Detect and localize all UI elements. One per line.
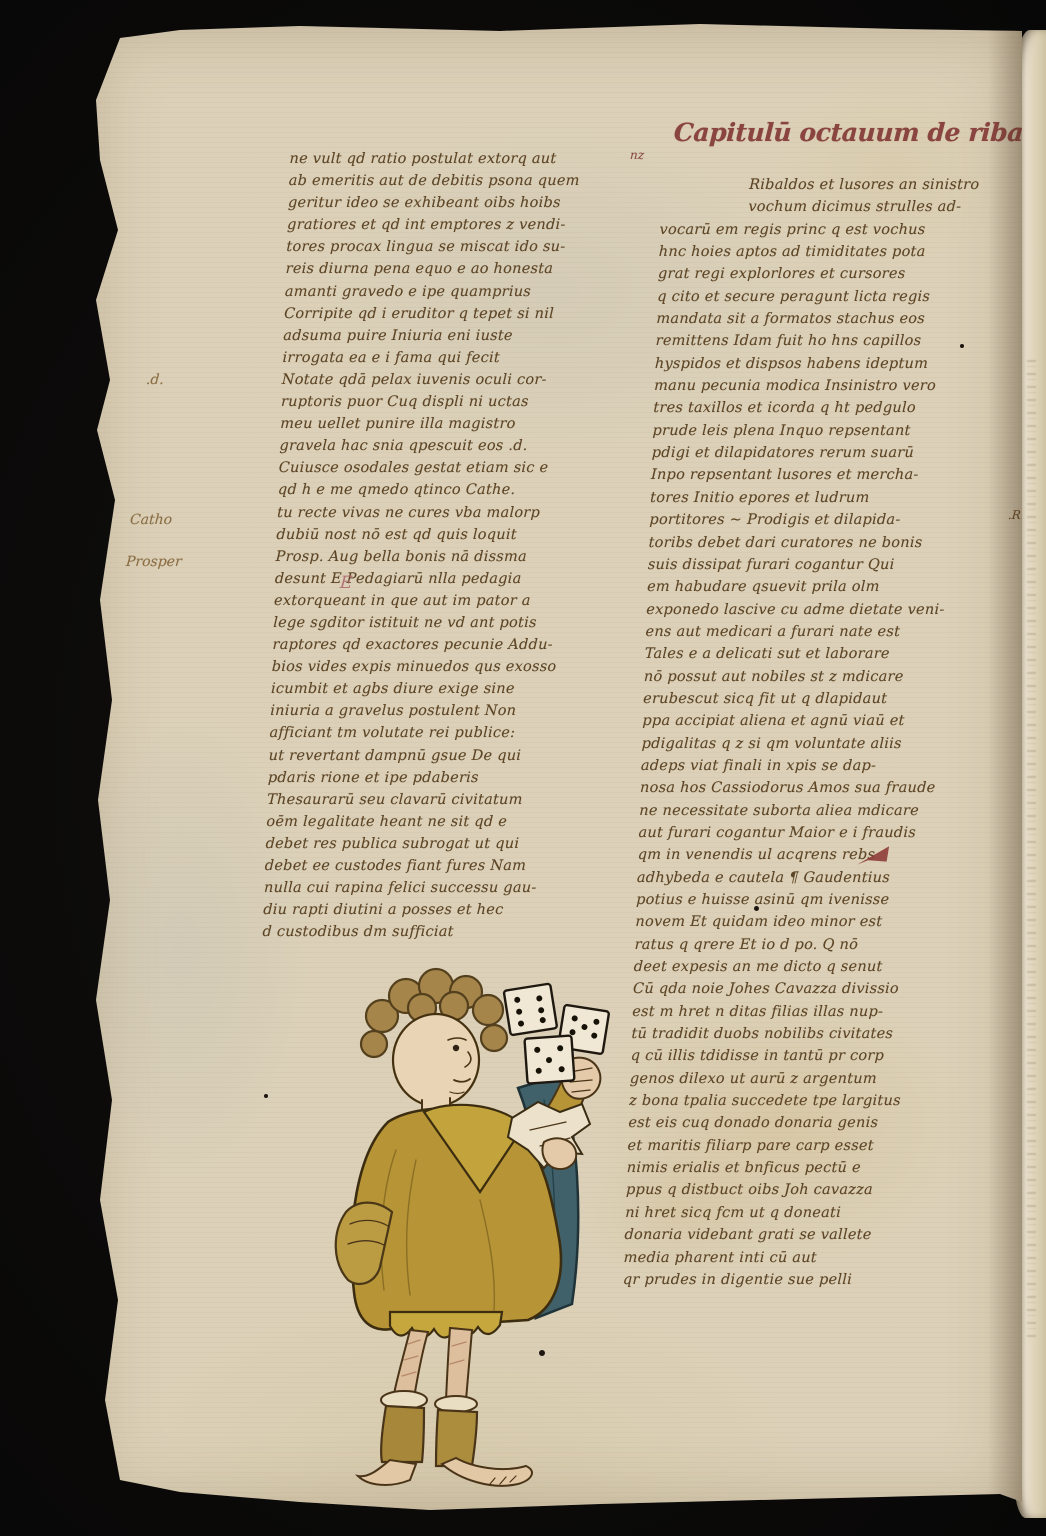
manuscript-text-line: desunt E Pedagiarū nlla pedagia <box>274 568 653 590</box>
manuscript-text-line: qr prudes in digentie sue pelli <box>622 1269 1013 1291</box>
bleed-through-text-ghost <box>1027 360 1036 1340</box>
manuscript-text-line: gravela hac snia qpescuit eos .d. <box>279 435 658 457</box>
manuscript-text-line: et maritis filiarp pare carp esset <box>627 1135 1018 1157</box>
manuscript-text-line: media pharent inti cū aut <box>623 1247 1014 1269</box>
manuscript-text-line: extorqueant in que aut im pator a <box>274 590 653 612</box>
manuscript-text-line: tores procax lingua se miscat ido su- <box>286 236 665 258</box>
manuscript-text-line: nulla cui rapina felici successu gau- <box>264 877 643 899</box>
manuscript-text-line: q cū illis tdidisse in tantū pr corp <box>630 1045 1021 1067</box>
manuscript-text-line: bios vides expis minuedos qus exosso <box>271 656 650 678</box>
manuscript-text-line: adhybeda e cautela ¶ Gaudentius <box>637 867 1028 889</box>
manuscript-text-line: ppus q distbuct oibs Joh cavazza <box>626 1179 1017 1201</box>
ink-speck <box>960 344 964 348</box>
manuscript-text-line: erubescut sicq fit ut q dlapidaut <box>643 688 1034 710</box>
manuscript-text-line: aut furari cogantur Maior e i fraudis <box>638 822 1029 844</box>
manuscript-text-line: nimis erialis et bnficus pectū e <box>626 1157 1017 1179</box>
manuscript-text-line: toribs debet dari curatores ne bonis <box>648 532 1039 554</box>
manuscript-text-line: diu rapti diutini a posses et hec <box>263 899 642 921</box>
manuscript-text-line: pdigi et dilapidatores rerum suarū <box>651 442 1042 464</box>
left-boot <box>381 1406 424 1462</box>
manuscript-text-line: gratiores et qd int emptores z vendi- <box>287 214 666 236</box>
manuscript-text-line: tū tradidit duobs nobilibs civitates <box>631 1023 1022 1045</box>
manuscript-text-line: grat regi explorlores et cursores <box>658 263 1046 285</box>
manuscript-text-line: ne vult qd ratio postulat extorq aut <box>289 148 668 170</box>
manuscript-text-line: hnc hoies aptos ad timiditates pota <box>658 241 1046 263</box>
manuscript-text-line: ut revertant dampnū gsue De qui <box>268 745 647 767</box>
manuscript-text-line: Tales e a delicati sut et laborare <box>644 643 1035 665</box>
manuscript-text-line: potius e huisse asinū qm ivenisse <box>636 889 1027 911</box>
manuscript-text-line: q cito et secure peragunt licta regis <box>657 286 1046 308</box>
manuscript-text-line: ens aut medicari a furari nate est <box>645 621 1036 643</box>
manuscript-text-line: ni hret sicq fcm ut q doneati <box>625 1202 1016 1224</box>
manuscript-page: Capitulū octauum de ribaldis nz ne vult … <box>86 22 1022 1512</box>
manuscript-text-line: exponedo lascive cu adme dietate veni- <box>646 599 1037 621</box>
lower-hand <box>542 1138 576 1169</box>
wormhole-speck <box>264 1094 268 1098</box>
face <box>393 1014 479 1106</box>
manuscript-text-line: reis diurna pena equo e ao honesta <box>285 258 664 280</box>
manuscript-text-line: vocarū em regis princ q est vochus <box>659 219 1046 241</box>
chapter-heading: Capitulū octauum de ribaldis <box>673 118 1027 147</box>
manuscript-text-line: em habudare qsuevit prila olm <box>647 576 1038 598</box>
manuscript-text-line: donaria videbant grati se vallete <box>624 1224 1015 1246</box>
manuscript-text-line: ne necessitate suborta aliea mdicare <box>639 800 1030 822</box>
manuscript-text-line: ab emeritis aut de debitis psona quem <box>288 170 667 192</box>
manuscript-text-line: est m hret n ditas filias illas nup- <box>632 1001 1023 1023</box>
manuscript-text-line: novem Et quidam ideo minor est <box>635 911 1026 933</box>
red-paragraph-mark: E <box>339 573 353 593</box>
manuscript-text-line: Ribaldos et lusores an sinistro <box>661 174 1046 196</box>
manuscript-text-line: pdaris rione et ipe pdaberis <box>268 767 647 789</box>
photograph-background: { "document": { "kind": "medieval manusc… <box>0 0 1046 1536</box>
manuscript-text-line: ruptoris puor Cuq displi ni uctas <box>281 391 660 413</box>
manuscript-text-line: ratus q qrere Et io d po. Q nō <box>634 934 1025 956</box>
manuscript-text-line: icumbit et agbs diure exige sine <box>271 678 650 700</box>
manuscript-text-line: portitores ~ Prodigis et dilapida- <box>649 509 1040 531</box>
ink-speck <box>754 906 759 911</box>
manuscript-text-line: z bona tpalia succedete tpe largitus <box>629 1090 1020 1112</box>
margin-note-catho: Catho <box>129 512 172 528</box>
manuscript-text-line: irrogata ea e i fama qui fecit <box>282 347 661 369</box>
manuscript-text-line: raptores qd exactores pecunie Addu- <box>272 634 651 656</box>
gambler-drawing <box>330 960 630 1512</box>
manuscript-text-line: hyspidos et dispsos habens ideptum <box>654 353 1045 375</box>
manuscript-text-line: deet expesis an me dicto q senut <box>633 956 1024 978</box>
manuscript-text-line: suis dissipat furari cogantur Qui <box>647 554 1038 576</box>
manuscript-text-line: amanti gravedo e ipe quamprius <box>284 281 663 303</box>
manuscript-text-line: d custodibus dm sufficiat <box>262 921 641 943</box>
margin-note-d: .d. <box>145 372 164 388</box>
right-text-column: Ribaldos et lusores an sinistrovochum di… <box>622 174 1046 1291</box>
manuscript-text-line: debet ee custodes fiant fures Nam <box>264 855 643 877</box>
manuscript-text-line: manu pecunia modica Insinistro vero <box>654 375 1045 397</box>
manuscript-text-line: iniuria a gravelus postulent Non <box>270 700 649 722</box>
manuscript-text-line: ppa accipiat aliena et agnū viaū et <box>642 710 1033 732</box>
right-foot <box>442 1458 532 1486</box>
manuscript-text-line: est eis cuq donado donaria genis <box>628 1112 1019 1134</box>
manuscript-text-line: dubiū nost nō est qd quis loquit <box>276 524 655 546</box>
manuscript-text-line: Cū qda noie Johes Cavazza divissio <box>633 978 1024 1000</box>
manuscript-text-line: remittens Idam fuit ho hns capillos <box>655 330 1046 352</box>
manuscript-text-line: nō possut aut nobiles st z mdicare <box>644 666 1035 688</box>
margin-note-prosper: Prosper <box>125 554 182 570</box>
manuscript-text-line: lege sgditor istituit ne vd ant potis <box>273 612 652 634</box>
manuscript-text-line: vochum dicimus strulles ad- <box>660 196 1046 218</box>
manuscript-text-line: genos dilexo ut aurū z argentum <box>630 1068 1021 1090</box>
manuscript-text-line: qm in venendis ul acqrens rebs <box>637 844 1028 866</box>
manuscript-text-line: Inpo repsentant lusores et mercha- <box>651 464 1042 486</box>
manuscript-text-line: tu recte vivas ne cures vba malorp <box>277 502 656 524</box>
manuscript-text-line: tores Initio epores et ludrum <box>650 487 1041 509</box>
manuscript-text-line: Thesaurarū seu clavarū civitatum <box>267 789 646 811</box>
manuscript-text-line: nosa hos Cassiodorus Amos sua fraude <box>640 777 1031 799</box>
manuscript-text-line: meu uellet punire illa magistro <box>280 413 659 435</box>
manuscript-text-line: Cuiusce osodales gestat etiam sic e <box>278 457 657 479</box>
manuscript-text-line: debet res publica subrogat ut qui <box>265 833 644 855</box>
manuscript-text-line: oēm legalitate heant ne sit qd e <box>266 811 645 833</box>
manuscript-text-line: Corripite qd i eruditor q tepet si nil <box>284 303 663 325</box>
manuscript-text-line: tres taxillos et icorda q ht pedgulo <box>653 397 1044 419</box>
left-thigh <box>394 1330 428 1398</box>
manuscript-text-line: Prosp. Aug bella bonis nā dissma <box>275 546 654 568</box>
left-text-column: ne vult qd ratio postulat extorq autab e… <box>262 148 668 943</box>
skirt-ruffle <box>390 1312 502 1338</box>
gambler-illustration <box>330 960 630 1512</box>
manuscript-text-line: qd h e me qmedo qtinco Cathe. <box>278 479 657 501</box>
manuscript-text-line: adsuma puire Iniuria eni iuste <box>283 325 662 347</box>
manuscript-text-line: afficiant tm volutate rei publice: <box>269 722 648 744</box>
manuscript-text-line: Notate qdā pelax iuvenis oculi cor- <box>281 369 660 391</box>
manuscript-text-line: adeps viat finali in xpis se dap- <box>640 755 1031 777</box>
manuscript-text-line: geritur ideo se exhibeant oibs hoibs <box>288 192 667 214</box>
manuscript-text-line: prude leis plena Inquo repsentant <box>652 420 1043 442</box>
manuscript-text-line: mandata sit a formatos stachus eos <box>656 308 1046 330</box>
left-foot <box>358 1460 416 1485</box>
manuscript-text-line: pdigalitas q z si qm voluntate aliis <box>641 733 1032 755</box>
